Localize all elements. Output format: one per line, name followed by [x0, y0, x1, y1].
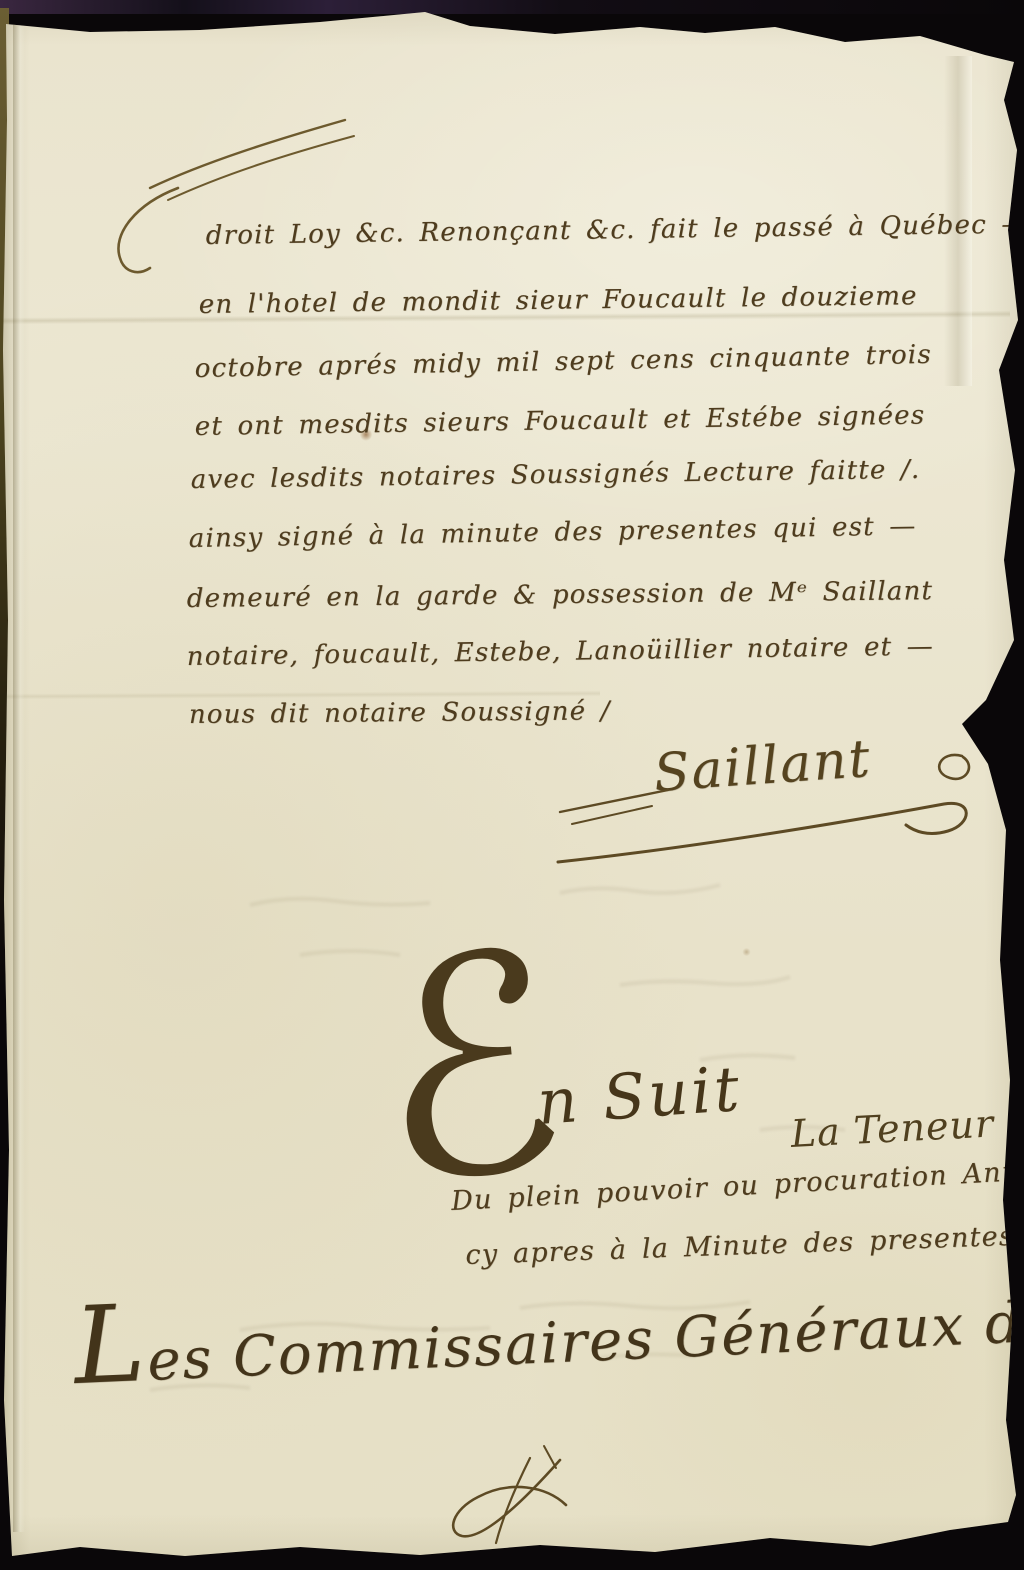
manuscript-line: notaire, foucault, Estebe, Lanoüillier n… [187, 632, 935, 672]
manuscript-line: ainsy signé à la minute des presentes qu… [188, 511, 916, 554]
ensuite-word: n Suit [535, 1052, 744, 1139]
book-cover-edge [0, 0, 1024, 14]
manuscript-line: avec lesdits notaires Soussignés Lecture… [191, 455, 921, 495]
manuscript-line: demeuré en la garde & possession de Mᵉ S… [187, 576, 934, 614]
paper-sheet: droit Loy &c. Renonçant &c. fait le pass… [0, 0, 1024, 1570]
notary-signature: Saillant [652, 729, 874, 804]
manuscript-line: et ont mesdits sieurs Foucault et Estébe… [195, 401, 926, 442]
commissaires-heading: Les Commissaires Généraux du [74, 1295, 1024, 1391]
manuscript-scan: droit Loy &c. Renonçant &c. fait le pass… [0, 0, 1024, 1570]
manuscript-line: octobre aprés midy mil sept cens cinquan… [194, 340, 932, 384]
manuscript-line: en l'hotel de mondit sieur Foucault le d… [199, 281, 918, 320]
ensuite-teneur-text: La Teneur [790, 1101, 995, 1156]
manuscript-line: nous dit notaire Soussigné / [189, 696, 611, 730]
paper-stain [742, 948, 751, 956]
left-binding-crease [13, 22, 25, 1532]
manuscript-line: droit Loy &c. Renonçant &c. fait le pass… [206, 210, 1024, 251]
